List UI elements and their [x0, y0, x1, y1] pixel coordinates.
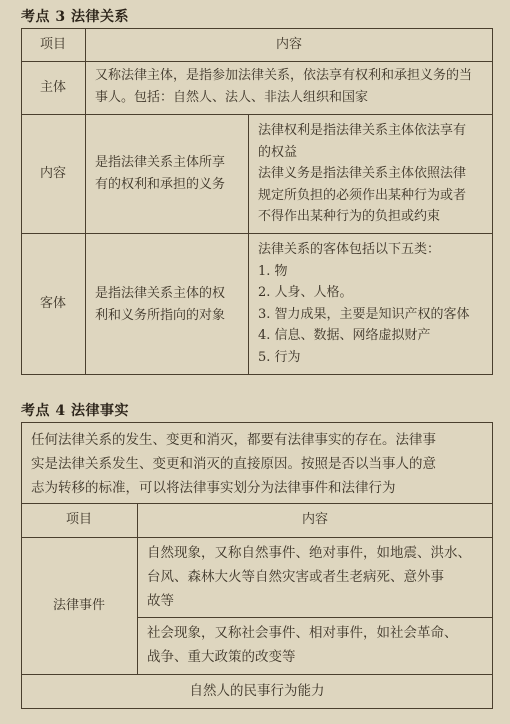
row-item-legal-event: 法律事件	[21, 537, 137, 674]
text-line: 战争、重大政策的改变等	[147, 645, 492, 669]
social-event-content: 社会现象，又称社会事件、相对事件，如社会革命、 战争、重大政策的改变等	[147, 621, 492, 669]
row-item-content: 内容	[21, 114, 85, 233]
list-item: 5. 行为	[258, 347, 490, 369]
text-line: 是指法律关系主体所享	[95, 152, 245, 174]
intro-paragraph: 任何法律关系的发生、变更和消灭，都要有法律事实的存在。法律事 实是法律关系发生、…	[31, 428, 491, 500]
list-item: 3. 智力成果，主要是知识产权的客体	[258, 304, 490, 326]
text-line: 规定所负担的必须作出某种行为或者	[258, 185, 490, 207]
list-item: 2. 人身、人格。	[258, 282, 490, 304]
row-divider	[21, 114, 493, 115]
row-divider	[21, 233, 493, 234]
text-line: 有的权利和承担的义务	[95, 174, 245, 196]
text-line: 法律权利是指法律关系主体依法享有	[258, 120, 490, 142]
text-line: 实是法律关系发生、变更和消灭的直接原因。按照是否以当事人的意	[31, 452, 491, 476]
natural-event-content: 自然现象，又称自然事件、绝对事件，如地震、洪水、 台风、森林大火等自然灾害或者生…	[147, 541, 492, 613]
row-definition-object: 是指法律关系主体的权 利和义务所指向的对象	[95, 283, 245, 326]
row-definition-content: 是指法律关系主体所享 有的权利和承担的义务	[95, 152, 245, 195]
column-divider	[248, 114, 249, 375]
text-line: 不得作出某种行为的负担或约束	[258, 206, 490, 228]
row-detail-content: 法律权利是指法律关系主体依法享有 的权益 法律义务是指法律关系主体依照法律 规定…	[258, 120, 490, 228]
text-line: 事人。包括：自然人、法人、非法人组织和国家	[95, 87, 490, 109]
column-divider	[85, 28, 86, 375]
text-line: 利和义务所指向的对象	[95, 305, 245, 327]
text-line: 故等	[147, 589, 492, 613]
header-item: 项目	[21, 28, 85, 61]
list-item: 4. 信息、数据、网络虚拟财产	[258, 325, 490, 347]
list-item: 1. 物	[258, 261, 490, 283]
text-line: 自然现象，又称自然事件、绝对事件，如地震、洪水、	[147, 541, 492, 565]
row-divider	[21, 61, 493, 62]
text-line: 社会现象，又称社会事件、相对事件，如社会革命、	[147, 621, 492, 645]
header-content: 内容	[137, 503, 493, 537]
header-content: 内容	[85, 28, 493, 61]
footer-row: 自然人的民事行为能力	[21, 674, 493, 709]
section-4-heading: 考点 4 法律事实	[21, 400, 129, 420]
text-line: 法律关系的客体包括以下五类：	[258, 239, 490, 261]
row-item-subject: 主体	[21, 61, 85, 114]
header-item: 项目	[21, 503, 137, 537]
text-line: 任何法律关系的发生、变更和消灭，都要有法律事实的存在。法律事	[31, 428, 491, 452]
section-3-heading: 考点 3 法律关系	[21, 6, 129, 26]
row-item-object: 客体	[21, 233, 85, 375]
text-line: 志为转移的标准，可以将法律事实划分为法律事件和法律行为	[31, 476, 491, 500]
text-line: 又称法律主体，是指参加法律关系，依法享有权利和承担义务的当	[95, 65, 490, 87]
text-line: 是指法律关系主体的权	[95, 283, 245, 305]
row-detail-object: 法律关系的客体包括以下五类： 1. 物 2. 人身、人格。 3. 智力成果，主要…	[258, 239, 490, 368]
row-content-subject: 又称法律主体，是指参加法律关系，依法享有权利和承担义务的当 事人。包括：自然人、…	[95, 65, 490, 108]
row-divider	[137, 617, 493, 618]
text-line: 的权益	[258, 142, 490, 164]
text-line: 台风、森林大火等自然灾害或者生老病死、意外事	[147, 565, 492, 589]
text-line: 法律义务是指法律关系主体依照法律	[258, 163, 490, 185]
